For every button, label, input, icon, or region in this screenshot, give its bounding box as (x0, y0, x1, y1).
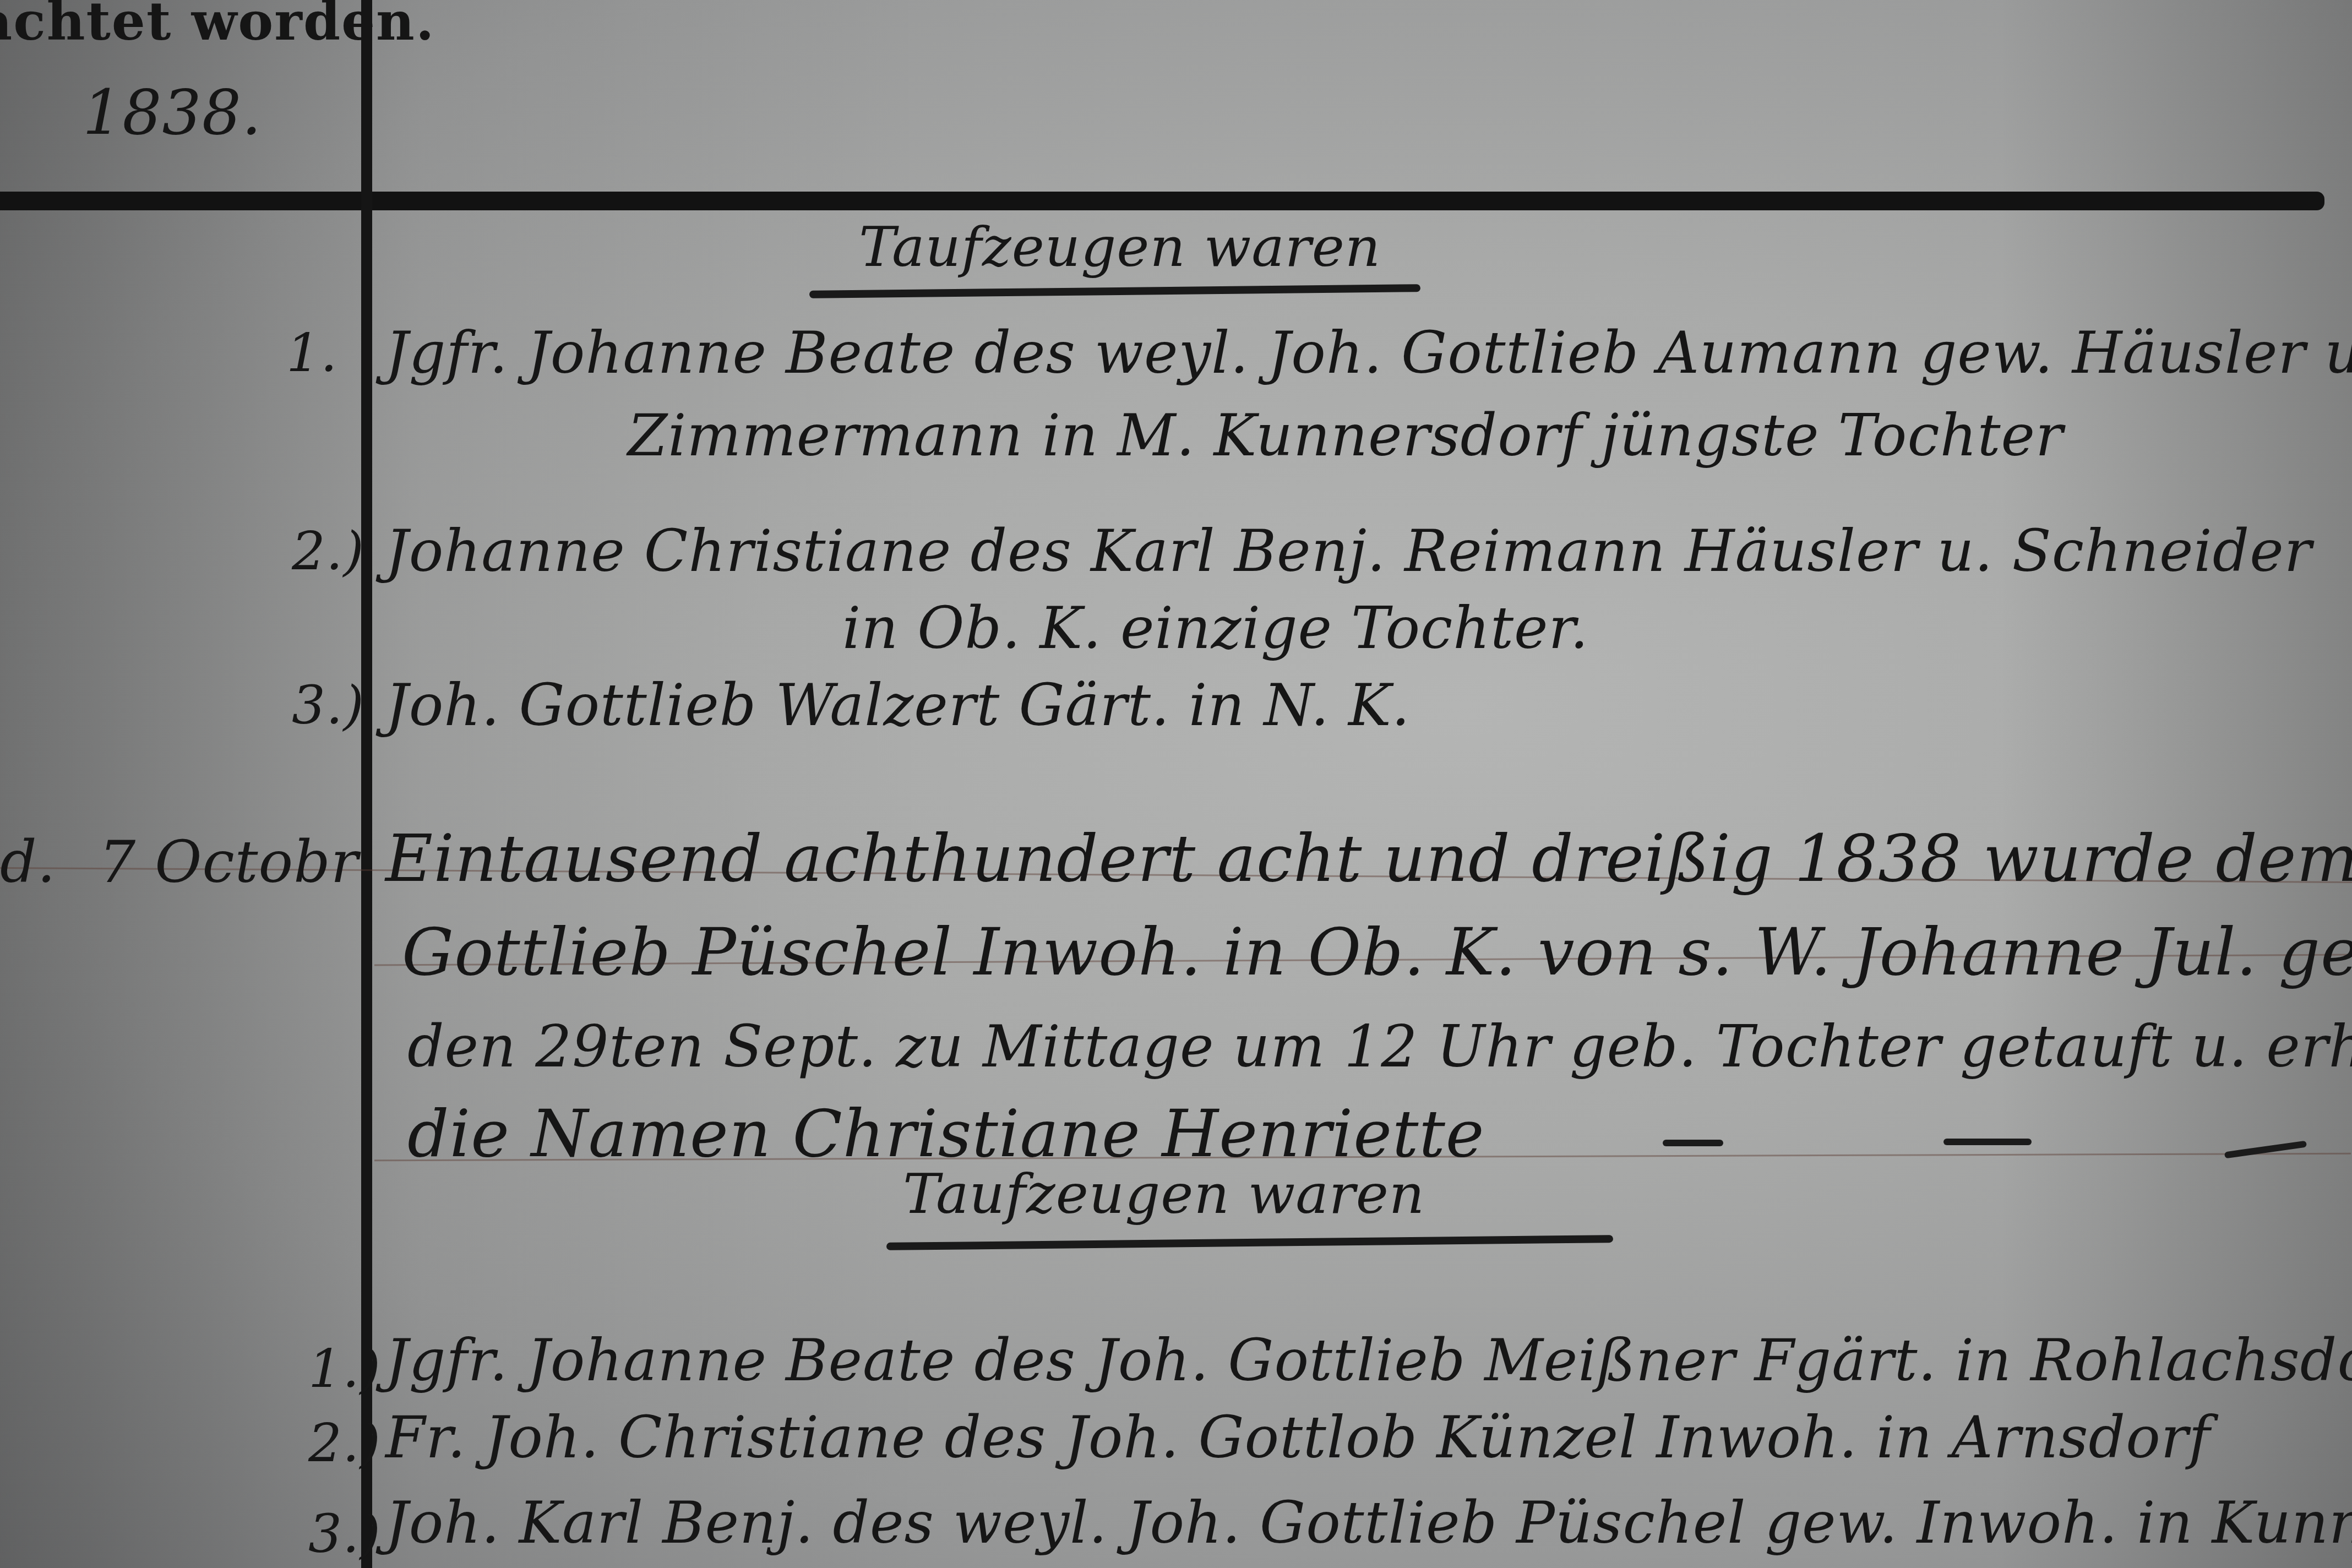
register-page: achtet worden. 1838. Taufzeugen waren 1.… (0, 0, 2352, 1568)
witness-line: Joh. Karl Benj. des weyl. Joh. Gottlieb … (385, 1489, 2352, 1556)
fill-dash (1943, 1139, 2032, 1145)
witness-line: Zimmermann in M. Kunnersdorf jüngste Toc… (628, 402, 2064, 469)
witness-number: 1.) (308, 1338, 381, 1400)
witness-line: Joh. Gottlieb Walzert Gärt. in N. K. (385, 672, 1411, 739)
entry-line-child-name: die Namen Christiane Henriette (407, 1096, 1485, 1172)
fill-dash (1663, 1140, 1723, 1146)
entry-line: den 29ten Sept. zu Mittage um 12 Uhr geb… (407, 1013, 2352, 1080)
witness-number: 2.) (308, 1412, 381, 1474)
witness-line: in Ob. K. einzige Tochter. (842, 595, 1589, 662)
heading-underline (809, 284, 1420, 298)
witness-line: Fr. Joh. Christiane des Joh. Gottlob Kün… (385, 1404, 2211, 1471)
witness-line: Jgfr. Johanne Beate des Joh. Gottlieb Me… (385, 1327, 2352, 1394)
witness-number: 3.) (308, 1503, 381, 1565)
section-heading: Taufzeugen waren (903, 1162, 1425, 1226)
register-year: 1838. (83, 77, 262, 149)
witness-number: 2.) (292, 520, 364, 582)
witness-line: Johanne Christiane des Karl Benj. Reiman… (385, 518, 2312, 585)
witness-line: Jgfr. Johanne Beate des weyl. Joh. Gottl… (385, 319, 2352, 386)
horizontal-table-rule (0, 192, 2324, 210)
witness-number: 3.) (292, 674, 364, 736)
entry-line: Eintausend achthundert acht und dreißig … (385, 820, 2352, 896)
section-heading: Taufzeugen waren (859, 215, 1381, 279)
entry-line: Gottlieb Püschel Inwoh. in Ob. K. von s.… (402, 914, 2352, 990)
fill-dash (2224, 1141, 2307, 1159)
vertical-column-rule (361, 0, 372, 1568)
witness-number: 1. (286, 322, 338, 384)
entry-date-prefix: d. (0, 829, 56, 896)
entry-date: 7 Octobr (99, 829, 358, 896)
heading-underline (886, 1235, 1613, 1250)
